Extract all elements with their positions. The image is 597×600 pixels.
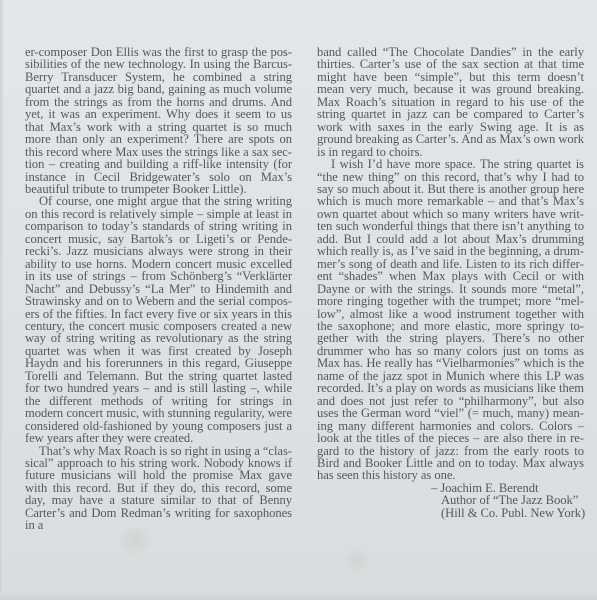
paragraph: band called “The Chocolate Dandies” in t… [317, 46, 584, 158]
paper-stain [120, 528, 150, 554]
right-column: band called “The Chocolate Dandies” in t… [317, 46, 584, 520]
paper-edge-bottom [0, 592, 597, 600]
paper-edge-left [0, 0, 4, 600]
paragraph: er-composer Don Ellis was the first to g… [25, 46, 292, 195]
paragraph: Of course, one might argue that the stri… [25, 195, 292, 444]
signature-publisher: (Hill & Co. Publ. New York) [431, 507, 584, 520]
paper-stain [345, 550, 369, 572]
left-column: er-composer Don Ellis was the first to g… [25, 46, 292, 532]
paragraph: I wish I’d have more space. The string q… [317, 158, 584, 482]
signature-block: – Joachim E. Berendt Author of “The Jazz… [431, 482, 584, 520]
paragraph: That’s why Max Roach is so right in usin… [25, 445, 292, 532]
